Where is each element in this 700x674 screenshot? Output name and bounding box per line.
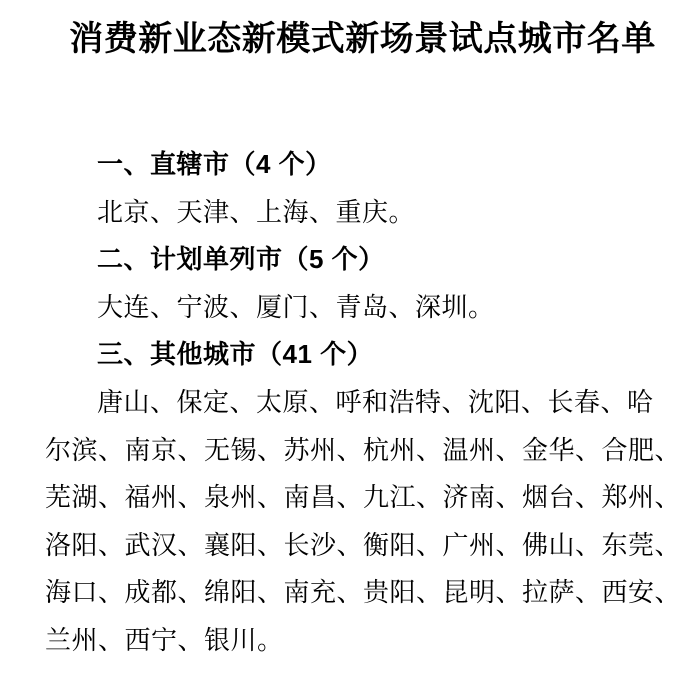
document-body: 一、直辖市（4 个） 北京、天津、上海、重庆。 二、计划单列市（5 个） 大连、… bbox=[45, 141, 680, 665]
section-body-other-cities-line-6: 兰州、西宁、银川。 bbox=[45, 617, 680, 665]
document-title: 消费新业态新模式新场景试点城市名单 bbox=[45, 16, 680, 64]
section-heading-planned-cities: 二、计划单列市（5 个） bbox=[45, 236, 680, 284]
section-heading-other-cities: 三、其他城市（41 个） bbox=[45, 331, 680, 379]
section-body-municipalities-line-1: 北京、天津、上海、重庆。 bbox=[45, 189, 680, 237]
section-body-other-cities-line-2: 尔滨、南京、无锡、苏州、杭州、温州、金华、合肥、 bbox=[45, 427, 680, 475]
section-body-planned-cities-line-1: 大连、宁波、厦门、青岛、深圳。 bbox=[45, 284, 680, 332]
section-body-other-cities-line-4: 洛阳、武汉、襄阳、长沙、衡阳、广州、佛山、东莞、 bbox=[45, 522, 680, 570]
section-heading-municipalities: 一、直辖市（4 个） bbox=[45, 141, 680, 189]
document-page: 消费新业态新模式新场景试点城市名单 一、直辖市（4 个） 北京、天津、上海、重庆… bbox=[0, 0, 700, 674]
section-body-other-cities-line-5: 海口、成都、绵阳、南充、贵阳、昆明、拉萨、西安、 bbox=[45, 569, 680, 617]
section-body-other-cities-line-3: 芜湖、福州、泉州、南昌、九江、济南、烟台、郑州、 bbox=[45, 474, 680, 522]
section-body-other-cities-line-1: 唐山、保定、太原、呼和浩特、沈阳、长春、哈 bbox=[45, 379, 680, 427]
